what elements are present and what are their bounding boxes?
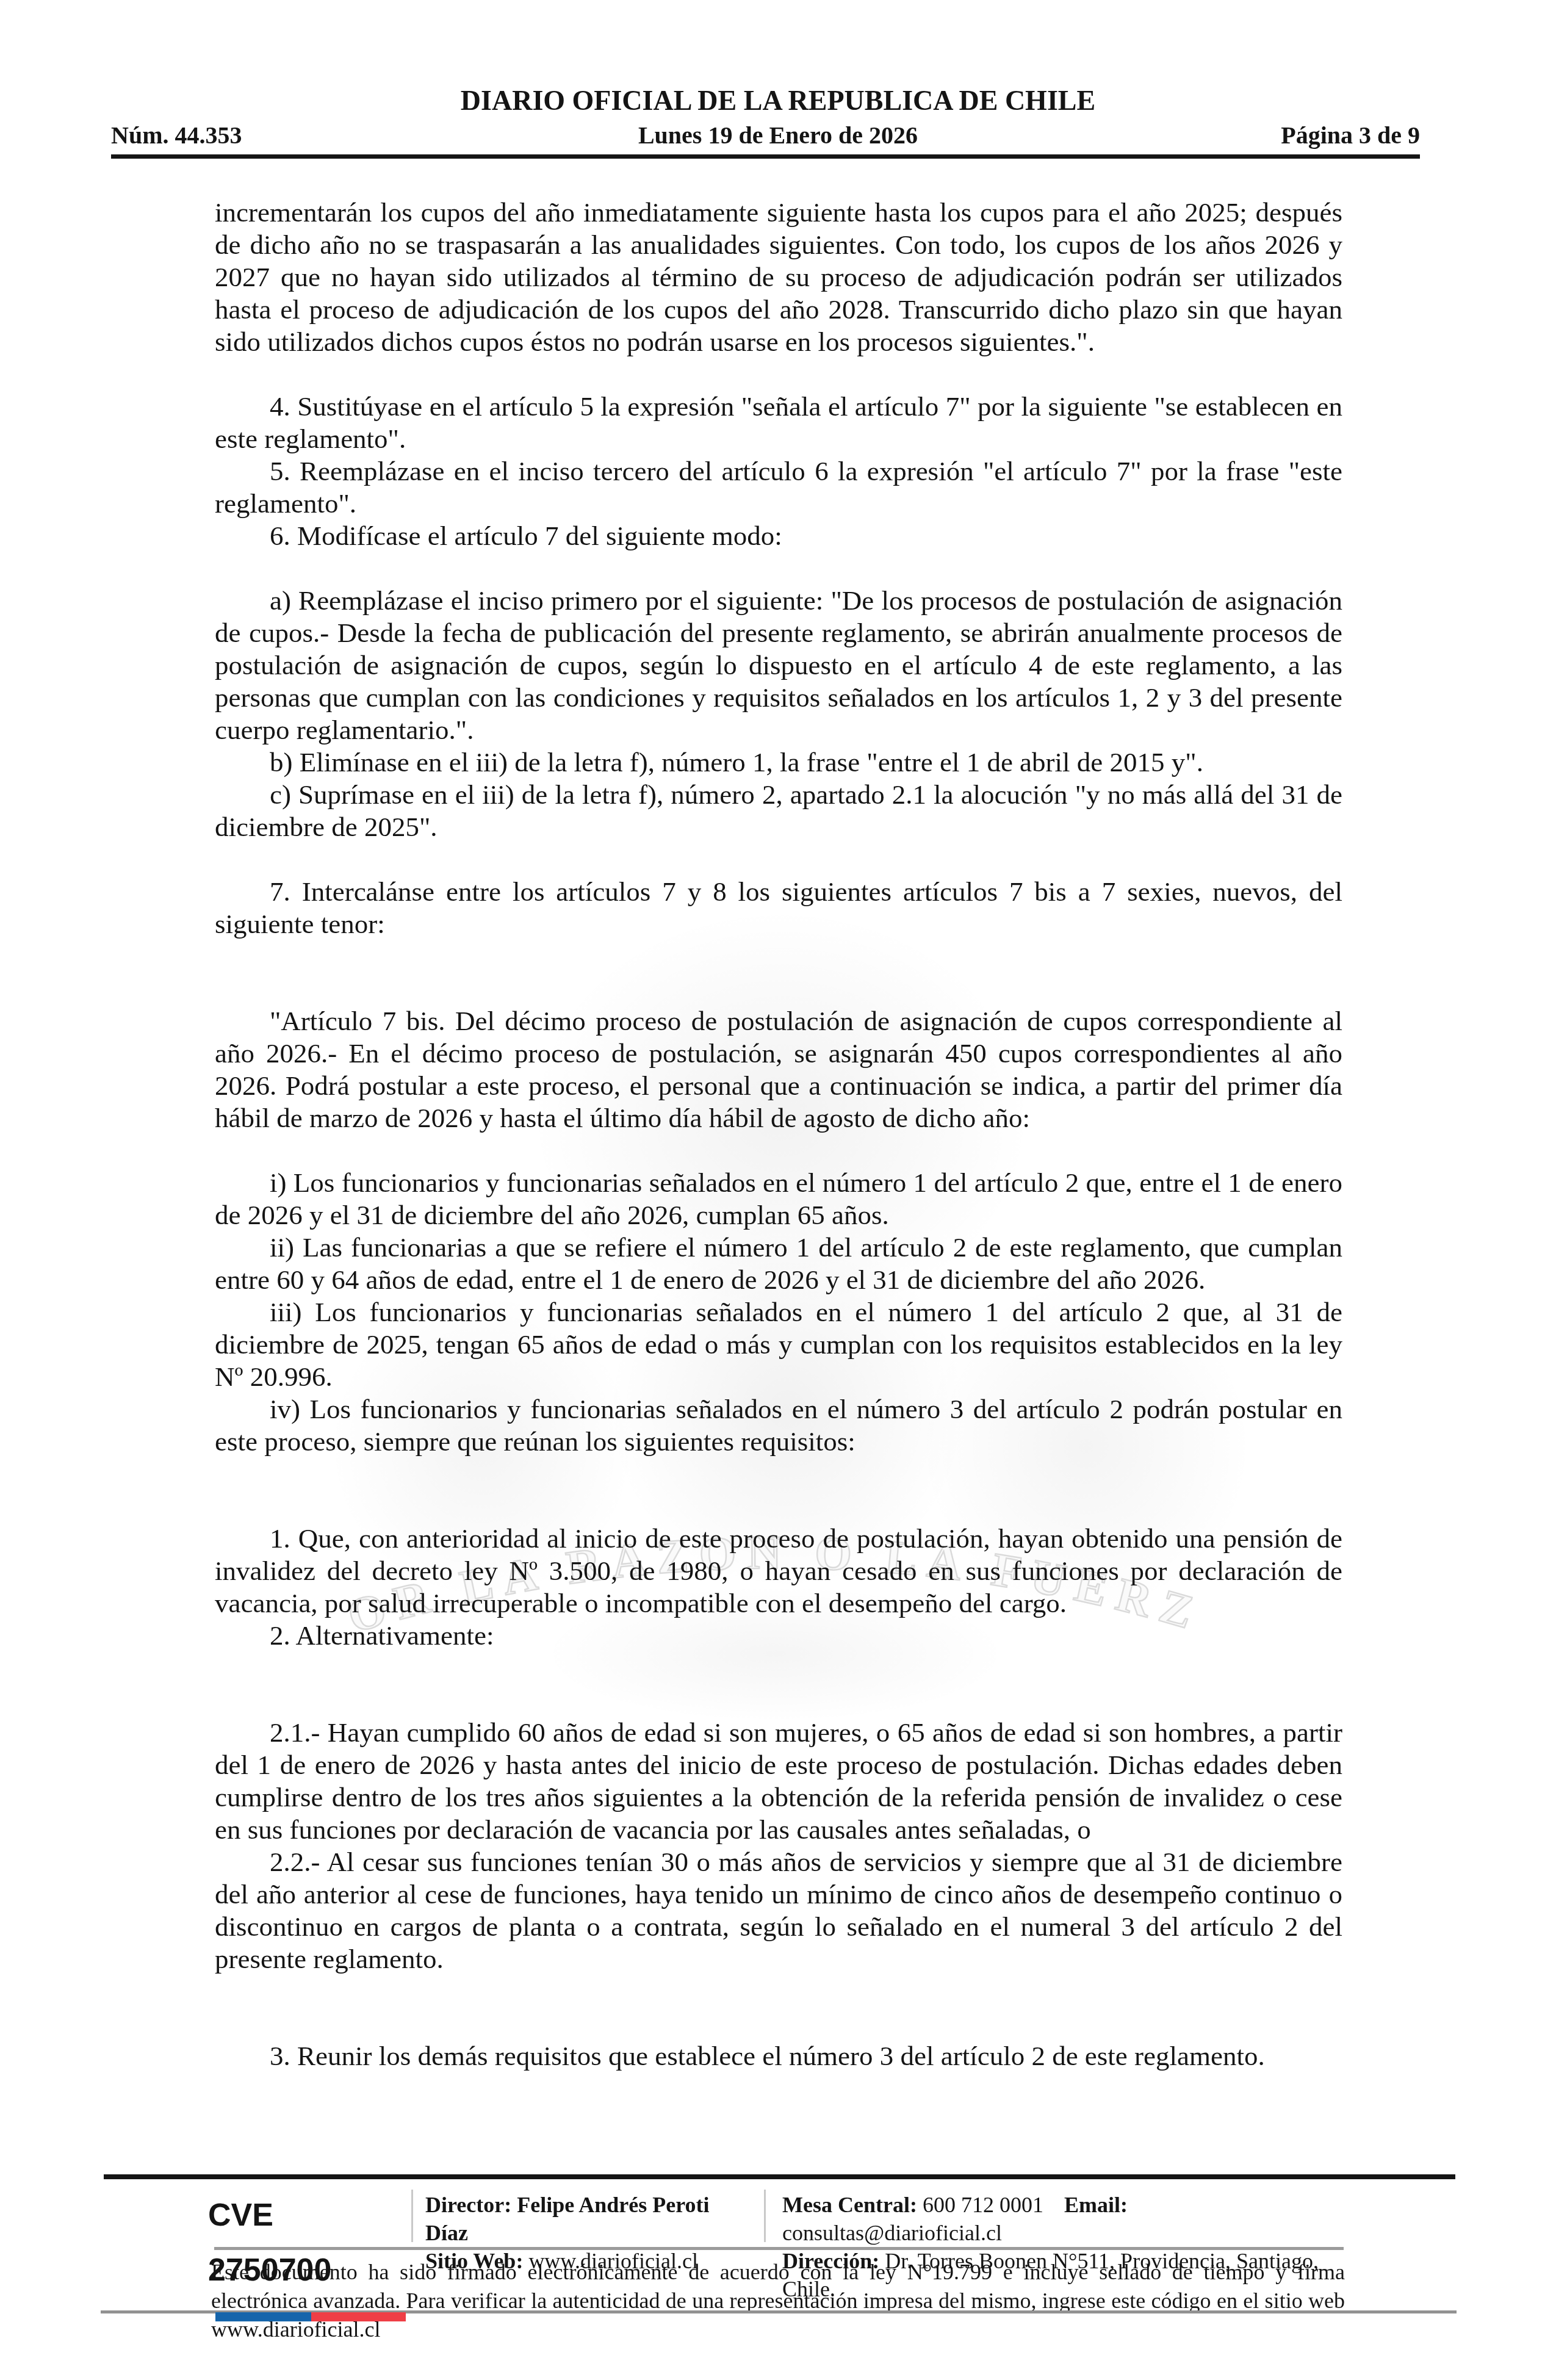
- footer-gray-rule-upper: [214, 2247, 1344, 2250]
- email-label: Email:: [1064, 2193, 1128, 2217]
- footer-divider: [764, 2190, 766, 2242]
- cve-code: CVE 2750700: [208, 2188, 403, 2243]
- diario-oficial-page: { "header": { "publication": "DIARIO OFI…: [0, 0, 1556, 2380]
- page-footer: CVE 2750700 Director: Felipe Andrés Pero…: [0, 0, 1556, 2380]
- email-address: consultas@diarioficial.cl: [782, 2221, 1002, 2245]
- phone-label: Mesa Central:: [782, 2193, 917, 2217]
- contact-line: Mesa Central: 600 712 0001Email: consult…: [782, 2191, 1344, 2247]
- phone-number: 600 712 0001: [923, 2193, 1043, 2217]
- legal-notice: Este documento ha sido firmado electróni…: [211, 2258, 1345, 2344]
- footer-top-rule: [104, 2174, 1455, 2179]
- director-line: Director: Felipe Andrés Peroti Díaz: [425, 2191, 755, 2247]
- chile-flag-bar: [215, 2312, 406, 2321]
- flag-blue-segment: [215, 2312, 311, 2321]
- footer-divider: [411, 2190, 413, 2242]
- flag-red-segment: [311, 2312, 406, 2321]
- director-label: Director:: [425, 2193, 511, 2217]
